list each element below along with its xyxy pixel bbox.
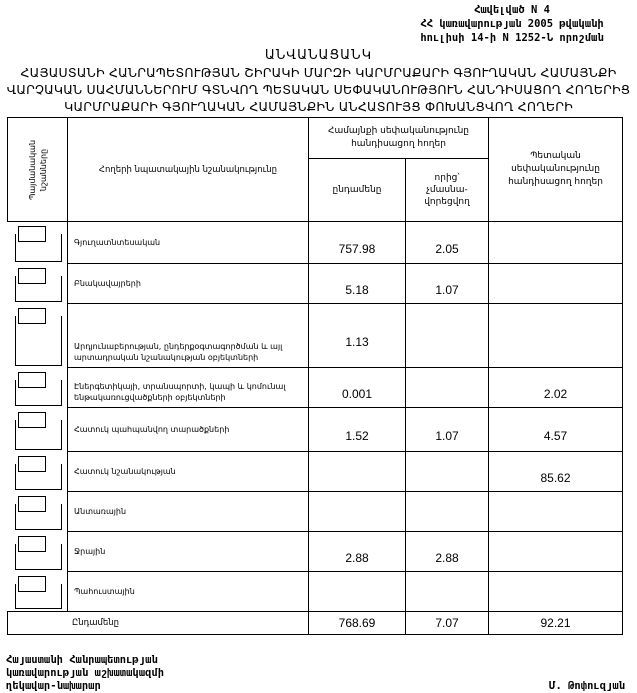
symbol-box-icon [18, 308, 46, 324]
symbol-box-icon [18, 496, 46, 512]
symbol-box-icon [18, 576, 46, 592]
community-unprivatized-value [406, 452, 489, 492]
legend-symbol [8, 532, 68, 572]
land-purpose: Բնակավայրերի [68, 264, 309, 304]
signatory-line-2: կառավարության աշխատակազմի [6, 667, 164, 680]
title-line-1: ՀԱՅԱՍՏԱՆԻ ՀԱՆՐԱՊԵՏՈՒԹՅԱՆ ՇԻՐԱԿԻ ՄԱՐԶԻ ԿԱ… [0, 64, 637, 81]
community-total-value [309, 452, 406, 492]
symbol-box-icon [18, 268, 46, 284]
community-unprivatized-value [406, 492, 489, 532]
table-row: Էներգետիկայի, տրանսպորտի, կապի և կոմունա… [8, 368, 623, 408]
totals-state: 92.21 [489, 612, 623, 635]
state-value [489, 222, 623, 264]
symbol-box-icon [18, 372, 46, 388]
community-unprivatized-value [406, 572, 489, 612]
land-table: Պայմանական նշանները Հողերի նպատակային նշ… [7, 117, 623, 635]
appendix-number: Հավելված N 4 [392, 3, 632, 17]
state-value [489, 492, 623, 532]
land-purpose: Էներգետիկայի, տրանսպորտի, կապի և կոմունա… [68, 368, 309, 408]
title-main: ԱՆՎԱՆԱՑԱՆԿ [0, 47, 637, 64]
legend-symbol [8, 408, 68, 452]
land-purpose: Ջրային [68, 532, 309, 572]
title-line-2: ՎԱՐՉԱԿԱՆ ՍԱՀՄԱՆՆԵՐՈՒՄ ԳՏՆՎՈՂ ՊԵՏԱԿԱՆ ՍԵՓ… [0, 81, 637, 98]
symbol-box-icon [18, 536, 46, 552]
signatory-name: Մ. Թոփուզյան [549, 680, 625, 692]
community-total-value: 0.001 [309, 368, 406, 408]
table-row: Անտառային [8, 492, 623, 532]
table-row: Արդյունաբերության, ընդերքօգտագործման և ա… [8, 304, 623, 368]
community-unprivatized-value: 2.05 [406, 222, 489, 264]
symbol-box-icon [18, 456, 46, 472]
legend-symbol [8, 452, 68, 492]
signatory-title: Հայաստանի Հանրապետության կառավարության ա… [6, 654, 164, 693]
land-purpose: Հատուկ պահպանվող տարածքների [68, 408, 309, 452]
totals-row: Ընդամենը768.697.0792.21 [8, 612, 623, 635]
community-total-value: 2.88 [309, 532, 406, 572]
community-unprivatized-value: 1.07 [406, 408, 489, 452]
community-unprivatized-value [406, 304, 489, 368]
state-value [489, 304, 623, 368]
community-total-value: 1.52 [309, 408, 406, 452]
table-row: Հատուկ նշանակության85.62 [8, 452, 623, 492]
state-value [489, 572, 623, 612]
header-symbols: Պայմանական նշանները [8, 118, 68, 222]
table-row: Գյուղատնտեսական757.982.05 [8, 222, 623, 264]
totals-label: Ընդամենը [8, 612, 309, 635]
community-unprivatized-value: 2.88 [406, 532, 489, 572]
legend-symbol [8, 222, 68, 264]
state-value [489, 532, 623, 572]
table-row: Հատուկ պահպանվող տարածքների1.521.074.57 [8, 408, 623, 452]
table-row: Պահուստային [8, 572, 623, 612]
community-total-value: 757.98 [309, 222, 406, 264]
symbol-box-icon [18, 226, 46, 242]
header-state: Պետական սեփականությունը հանդիսացող հողեր [489, 118, 623, 222]
land-purpose: Անտառային [68, 492, 309, 532]
community-total-value: 5.18 [309, 264, 406, 304]
legend-symbol [8, 572, 68, 612]
community-total-value [309, 492, 406, 532]
totals-community-unprivatized: 7.07 [406, 612, 489, 635]
legend-symbol [8, 304, 68, 368]
header-community-total: ընդամենը [309, 159, 406, 222]
state-value: 2.02 [489, 368, 623, 408]
community-unprivatized-value: 1.07 [406, 264, 489, 304]
appendix-reference: Հավելված N 4 ՀՀ կառավարության 2005 թվակա… [392, 3, 632, 45]
legend-symbol [8, 368, 68, 408]
signatory-line-3: ղեկավար-նախարար [6, 680, 164, 693]
title-line-3: ԿԱՐՄՐԱՔԱՐԻ ԳՅՈՒՂԱԿԱՆ ՀԱՄԱՅՆՔԻՆ ԱՆՀԱՏՈՒՅՑ… [0, 98, 637, 115]
symbol-box-icon [18, 412, 46, 428]
community-total-value [309, 572, 406, 612]
land-purpose: Հատուկ նշանակության [68, 452, 309, 492]
appendix-decree: ՀՀ կառավարության 2005 թվականի [392, 17, 632, 31]
state-value: 85.62 [489, 452, 623, 492]
land-purpose: Արդյունաբերության, ընդերքօգտագործման և ա… [68, 304, 309, 368]
table-row: Բնակավայրերի5.181.07 [8, 264, 623, 304]
header-community-unprivatized: որից՝ չմասնա-վորեցվող [406, 159, 489, 222]
land-purpose: Գյուղատնտեսական [68, 222, 309, 264]
header-community-group: Համայնքի սեփականությունը հանդիսացող հողե… [309, 118, 489, 159]
community-total-value: 1.13 [309, 304, 406, 368]
appendix-decree-date: հուլիսի 14-ի N 1252-Ն որոշման [392, 31, 632, 45]
signatory-line-1: Հայաստանի Հանրապետության [6, 654, 164, 667]
table-row: Ջրային2.882.88 [8, 532, 623, 572]
state-value [489, 264, 623, 304]
state-value: 4.57 [489, 408, 623, 452]
land-purpose: Պահուստային [68, 572, 309, 612]
header-purpose: Հողերի նպատակային նշանակությունը [68, 118, 309, 222]
totals-community-total: 768.69 [309, 612, 406, 635]
legend-symbol [8, 492, 68, 532]
community-unprivatized-value [406, 368, 489, 408]
legend-symbol [8, 264, 68, 304]
document-title: ԱՆՎԱՆԱՑԱՆԿ ՀԱՅԱՍՏԱՆԻ ՀԱՆՐԱՊԵՏՈՒԹՅԱՆ ՇԻՐԱ… [0, 47, 637, 115]
